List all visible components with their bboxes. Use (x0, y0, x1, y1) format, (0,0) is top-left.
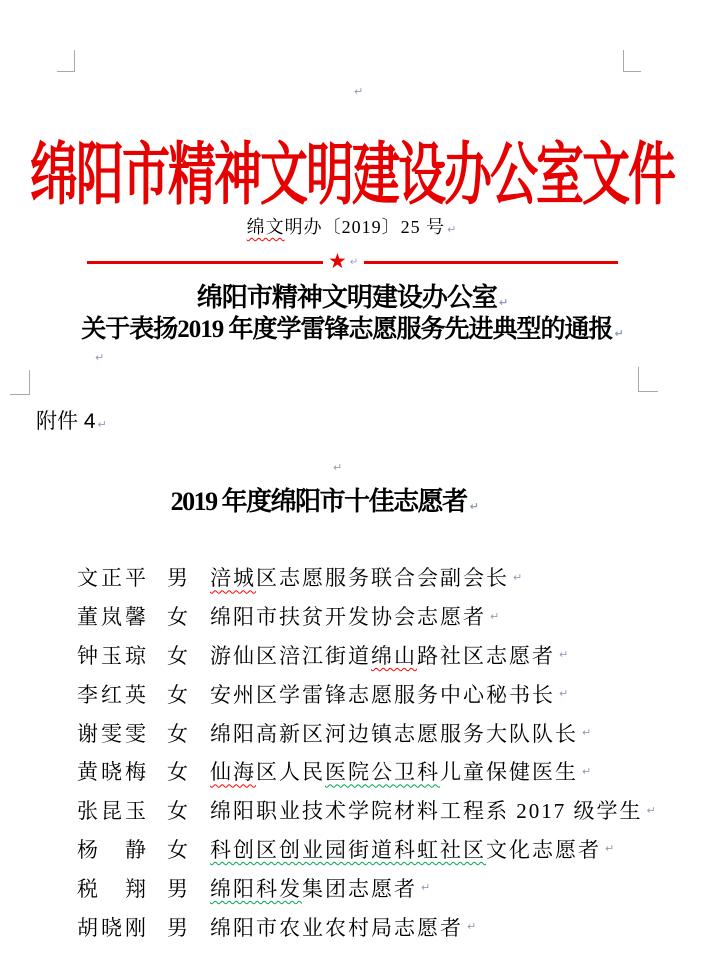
text-segment-red-squiggle: 绵山 (371, 644, 417, 668)
text-segment: 安州区学雷锋志愿服务中心秘书长 (210, 683, 555, 707)
volunteer-description: 涪城区志愿服务联合会副会长 (210, 562, 509, 592)
text-segment: 游仙区涪江街道 (210, 644, 371, 668)
paragraph-mark: ↵ (421, 882, 430, 893)
document-number-text: 绵文明办〔2019〕25 号 (247, 217, 446, 237)
list-item: 杨 静女科创区创业园街道科虹社区文化志愿者↵ (0, 830, 704, 869)
text-segment-green-squiggle: 医院公卫科 (325, 760, 440, 784)
text-segment-green-squiggle: 科创区创业园街道科虹社区 (210, 838, 486, 862)
volunteer-description: 绵阳职业技术学院材料工程系 2017 级学生 (210, 795, 643, 825)
volunteer-description: 仙海区人民医院公卫科儿童保健医生 (210, 756, 578, 786)
paragraph-mark: ↵ (95, 352, 104, 363)
list-item: 黄晓梅女仙海区人民医院公卫科儿童保健医生↵ (0, 752, 704, 791)
text-segment: 区人民 (256, 760, 325, 784)
volunteer-gender: 男 (167, 873, 210, 903)
text-boundary-corner-icon (638, 367, 658, 392)
paragraph-mark: ↵ (615, 327, 623, 340)
paragraph-mark: ↵ (513, 572, 522, 583)
text-segment: 绵阳高新区河边镇志愿服务大队队长 (210, 722, 578, 746)
volunteer-name: 李红英 (77, 679, 167, 709)
paragraph-mark: ↵ (467, 921, 476, 932)
attachment-label-text: 附件 4 (36, 410, 96, 433)
text-segment: 路社区志愿者 (417, 644, 555, 668)
document-page: ↵ ↵ ↵ 绵阳市精神文明建设办公室文件 绵文明办〔2019〕25 号↵ ★ ↵… (0, 0, 704, 954)
list-item: 文正平男涪城区志愿服务联合会副会长↵ (0, 558, 704, 597)
paragraph-mark: ↵ (559, 688, 568, 699)
paragraph-mark: ↵ (605, 843, 614, 854)
paragraph-mark: ↵ (490, 611, 499, 622)
list-item: 谢雯雯女绵阳高新区河边镇志愿服务大队队长↵ (0, 713, 704, 752)
list-item: 胡晓刚男绵阳市农业农村局志愿者↵ (0, 907, 704, 946)
volunteer-description: 绵阳科发集团志愿者 (210, 873, 417, 903)
paragraph-mark: ↵ (333, 462, 342, 473)
masthead-title: 绵阳市精神文明建设办公室文件 (0, 120, 704, 218)
paragraph-mark: ↵ (582, 766, 591, 777)
paragraph-mark: ↵ (447, 223, 457, 236)
volunteer-name: 钟玉琼 (77, 640, 167, 670)
text-segment: 区志愿服务联合会副会长 (256, 566, 509, 590)
list-item: 李红英女安州区学雷锋志愿服务中心秘书长↵ (0, 674, 704, 713)
volunteer-list-title: 2019 年度绵阳市十佳志愿者↵ (0, 481, 648, 518)
notice-title-line2-text: 关于表扬2019 年度学雷锋志愿服务先进典型的通报 (81, 316, 612, 343)
volunteer-gender: 女 (167, 795, 210, 825)
volunteer-name: 胡晓刚 (77, 912, 167, 942)
volunteer-gender: 女 (167, 834, 210, 864)
list-item: 钟玉琼女游仙区涪江街道绵山路社区志愿者↵ (0, 636, 704, 675)
volunteer-name: 税 翔 (77, 873, 167, 903)
star-icon: ★ (328, 251, 347, 272)
text-segment: 绵阳市农业农村局志愿者 (210, 916, 463, 940)
volunteer-gender: 男 (167, 912, 210, 942)
volunteer-list-title-text: 2019 年度绵阳市十佳志愿者 (171, 487, 467, 516)
volunteer-description: 绵阳市扶贫开发协会志愿者 (210, 601, 486, 631)
volunteer-description: 绵阳高新区河边镇志愿服务大队队长 (210, 718, 578, 748)
text-boundary-corner-icon (57, 50, 75, 72)
volunteer-gender: 女 (167, 756, 210, 786)
volunteer-description: 绵阳市农业农村局志愿者 (210, 912, 463, 942)
volunteer-name: 黄晓梅 (77, 756, 167, 786)
attachment-label: 附件 4↵ (36, 405, 107, 435)
paragraph-mark: ↵ (98, 418, 107, 431)
list-item: 张昆玉女绵阳职业技术学院材料工程系 2017 级学生↵ (0, 791, 704, 830)
paragraph-mark: ↵ (499, 296, 507, 309)
text-boundary-corner-icon (10, 370, 30, 395)
paragraph-mark: ↵ (647, 805, 656, 816)
volunteer-name: 谢雯雯 (77, 718, 167, 748)
text-segment: 绵阳职业技术学院材料工程系 2017 级学生 (210, 799, 643, 823)
text-segment-red-squiggle: 绵文 (247, 217, 285, 237)
paragraph-mark: ↵ (354, 86, 363, 97)
volunteer-gender: 女 (167, 640, 210, 670)
text-segment: 儿童保健医生 (440, 760, 578, 784)
volunteer-description: 游仙区涪江街道绵山路社区志愿者 (210, 640, 555, 670)
volunteer-gender: 女 (167, 679, 210, 709)
paragraph-mark: ↵ (470, 500, 478, 513)
paragraph-mark: ↵ (559, 649, 568, 660)
volunteer-gender: 女 (167, 718, 210, 748)
text-segment-green-squiggle: 绵阳科发 (210, 877, 302, 901)
volunteer-list: 文正平男涪城区志愿服务联合会副会长↵董岚馨女绵阳市扶贫开发协会志愿者↵钟玉琼女游… (0, 558, 704, 946)
text-segment: 绵阳市扶贫开发协会志愿者 (210, 605, 486, 629)
text-segment-red-squiggle: 仙海 (210, 760, 256, 784)
masthead-divider: ★ ↵ (87, 251, 618, 274)
red-rule-left (87, 261, 323, 264)
volunteer-description: 安州区学雷锋志愿服务中心秘书长 (210, 679, 555, 709)
volunteer-gender: 女 (167, 601, 210, 631)
volunteer-name: 董岚馨 (77, 601, 167, 631)
volunteer-gender: 男 (167, 562, 210, 592)
notice-title-line2: 关于表扬2019 年度学雷锋志愿服务先进典型的通报↵ (0, 309, 704, 345)
notice-title-line1-text: 绵阳市精神文明建设办公室 (197, 283, 497, 312)
volunteer-description: 科创区创业园街道科虹社区文化志愿者 (210, 834, 601, 864)
volunteer-name: 杨 静 (77, 834, 167, 864)
text-segment: 集团志愿者 (302, 877, 417, 901)
list-item: 董岚馨女绵阳市扶贫开发协会志愿者↵ (0, 597, 704, 636)
paragraph-mark: ↵ (582, 727, 591, 738)
text-segment: 明办〔2019〕25 号 (285, 217, 446, 237)
text-segment-red-squiggle: 涪城 (210, 566, 256, 590)
volunteer-name: 张昆玉 (77, 795, 167, 825)
volunteer-name: 文正平 (77, 562, 167, 592)
paragraph-mark: ↵ (350, 258, 358, 268)
list-item: 税 翔男绵阳科发集团志愿者↵ (0, 868, 704, 907)
text-boundary-corner-icon (623, 50, 641, 72)
text-segment: 文化志愿者 (486, 838, 601, 862)
red-rule-right (364, 261, 618, 264)
document-number: 绵文明办〔2019〕25 号↵ (0, 213, 704, 239)
